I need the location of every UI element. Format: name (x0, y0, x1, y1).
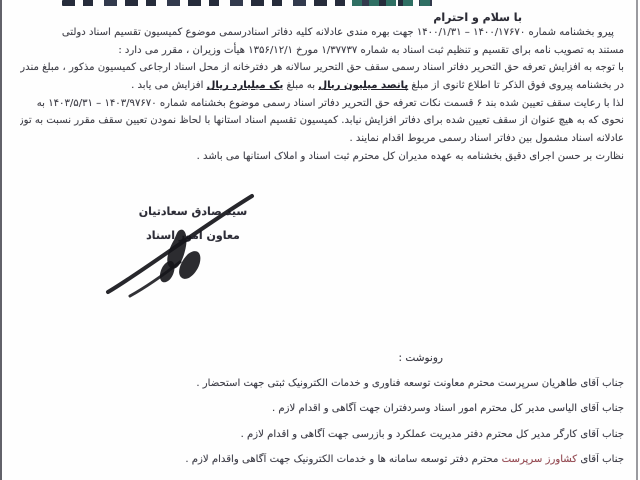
body-line-5: لذا با رعایت سقف تعیین شده بند ۶ قسمت نک… (20, 95, 624, 113)
body-line-8: نظارت بر حسن اجرای دقیق بخشنامه به عهده … (20, 148, 624, 166)
signatory-name: سید صادق سعادتیان (118, 205, 268, 219)
scan-border-right (636, 0, 638, 480)
body-line-2: مستند به تصویب نامه برای تقسیم و تنظیم ث… (20, 42, 624, 60)
new-amount-underlined: یک میلیارد ریال (207, 80, 284, 91)
body-line-4: در بخشنامه پیروی فوق الذکر تا اطلاع ثانو… (20, 77, 624, 95)
signatory-title: معاون امور اسناد (118, 229, 268, 243)
cc-item-1: جناب آقای طاهریان سرپرست محترم معاونت تو… (10, 377, 624, 391)
old-amount-underlined: پانصد میلیون ریال (318, 80, 408, 91)
body-line-1: پیرو بخشنامه شماره ۱۴۰۰/۱۷۶۷۰ – ۱۴۰۰/۱/۳… (20, 24, 624, 42)
body-line-4-pre: در بخشنامه پیروی فوق الذکر تا اطلاع ثانو… (408, 80, 624, 91)
body-line-4-mid: به مبلغ (283, 80, 318, 91)
cc-item-4: جناب آقای کشاورز سرپرست محترم دفتر توسعه… (10, 453, 624, 467)
body-line-7: عادلانه اسناد مشمول بین دفاتر اسناد رسمی… (20, 130, 624, 148)
cc-item-2: جناب آقای الیاسی مدیر کل محترم امور اسنا… (10, 402, 624, 416)
cc-item-4-highlighted-name: کشاورز سرپرست (502, 454, 578, 465)
scanned-letter-page: با سلام و احترام پیرو بخشنامه شماره ۱۴۰۰… (0, 0, 640, 480)
body-line-6: نحوی که به هیچ عنوان از سقف تعیین شده بر… (20, 112, 624, 130)
cutoff-letterhead-tint (352, 0, 432, 6)
cc-item-3: جناب آقای کارگر مدیر کل محترم دفتر مدیری… (10, 428, 624, 442)
body-line-4-post: افزایش می یابد . (131, 80, 207, 91)
scan-border-left (0, 0, 2, 480)
cc-section-label: رونوشت : (399, 352, 443, 364)
signature-block: سید صادق سعادتیان معاون امور اسناد (118, 205, 268, 243)
cc-item-4-post: محترم دفتر توسعه سامانه ها و خدمات الکتر… (185, 454, 501, 465)
cc-item-4-pre: جناب آقای (577, 454, 624, 465)
body-line-3: با توجه به افزایش تعرفه حق التحریر دفاتر… (20, 59, 624, 77)
greeting-line: با سلام و احترام (433, 11, 522, 24)
letter-body: پیرو بخشنامه شماره ۱۴۰۰/۱۷۶۷۰ – ۱۴۰۰/۱/۳… (20, 24, 624, 166)
